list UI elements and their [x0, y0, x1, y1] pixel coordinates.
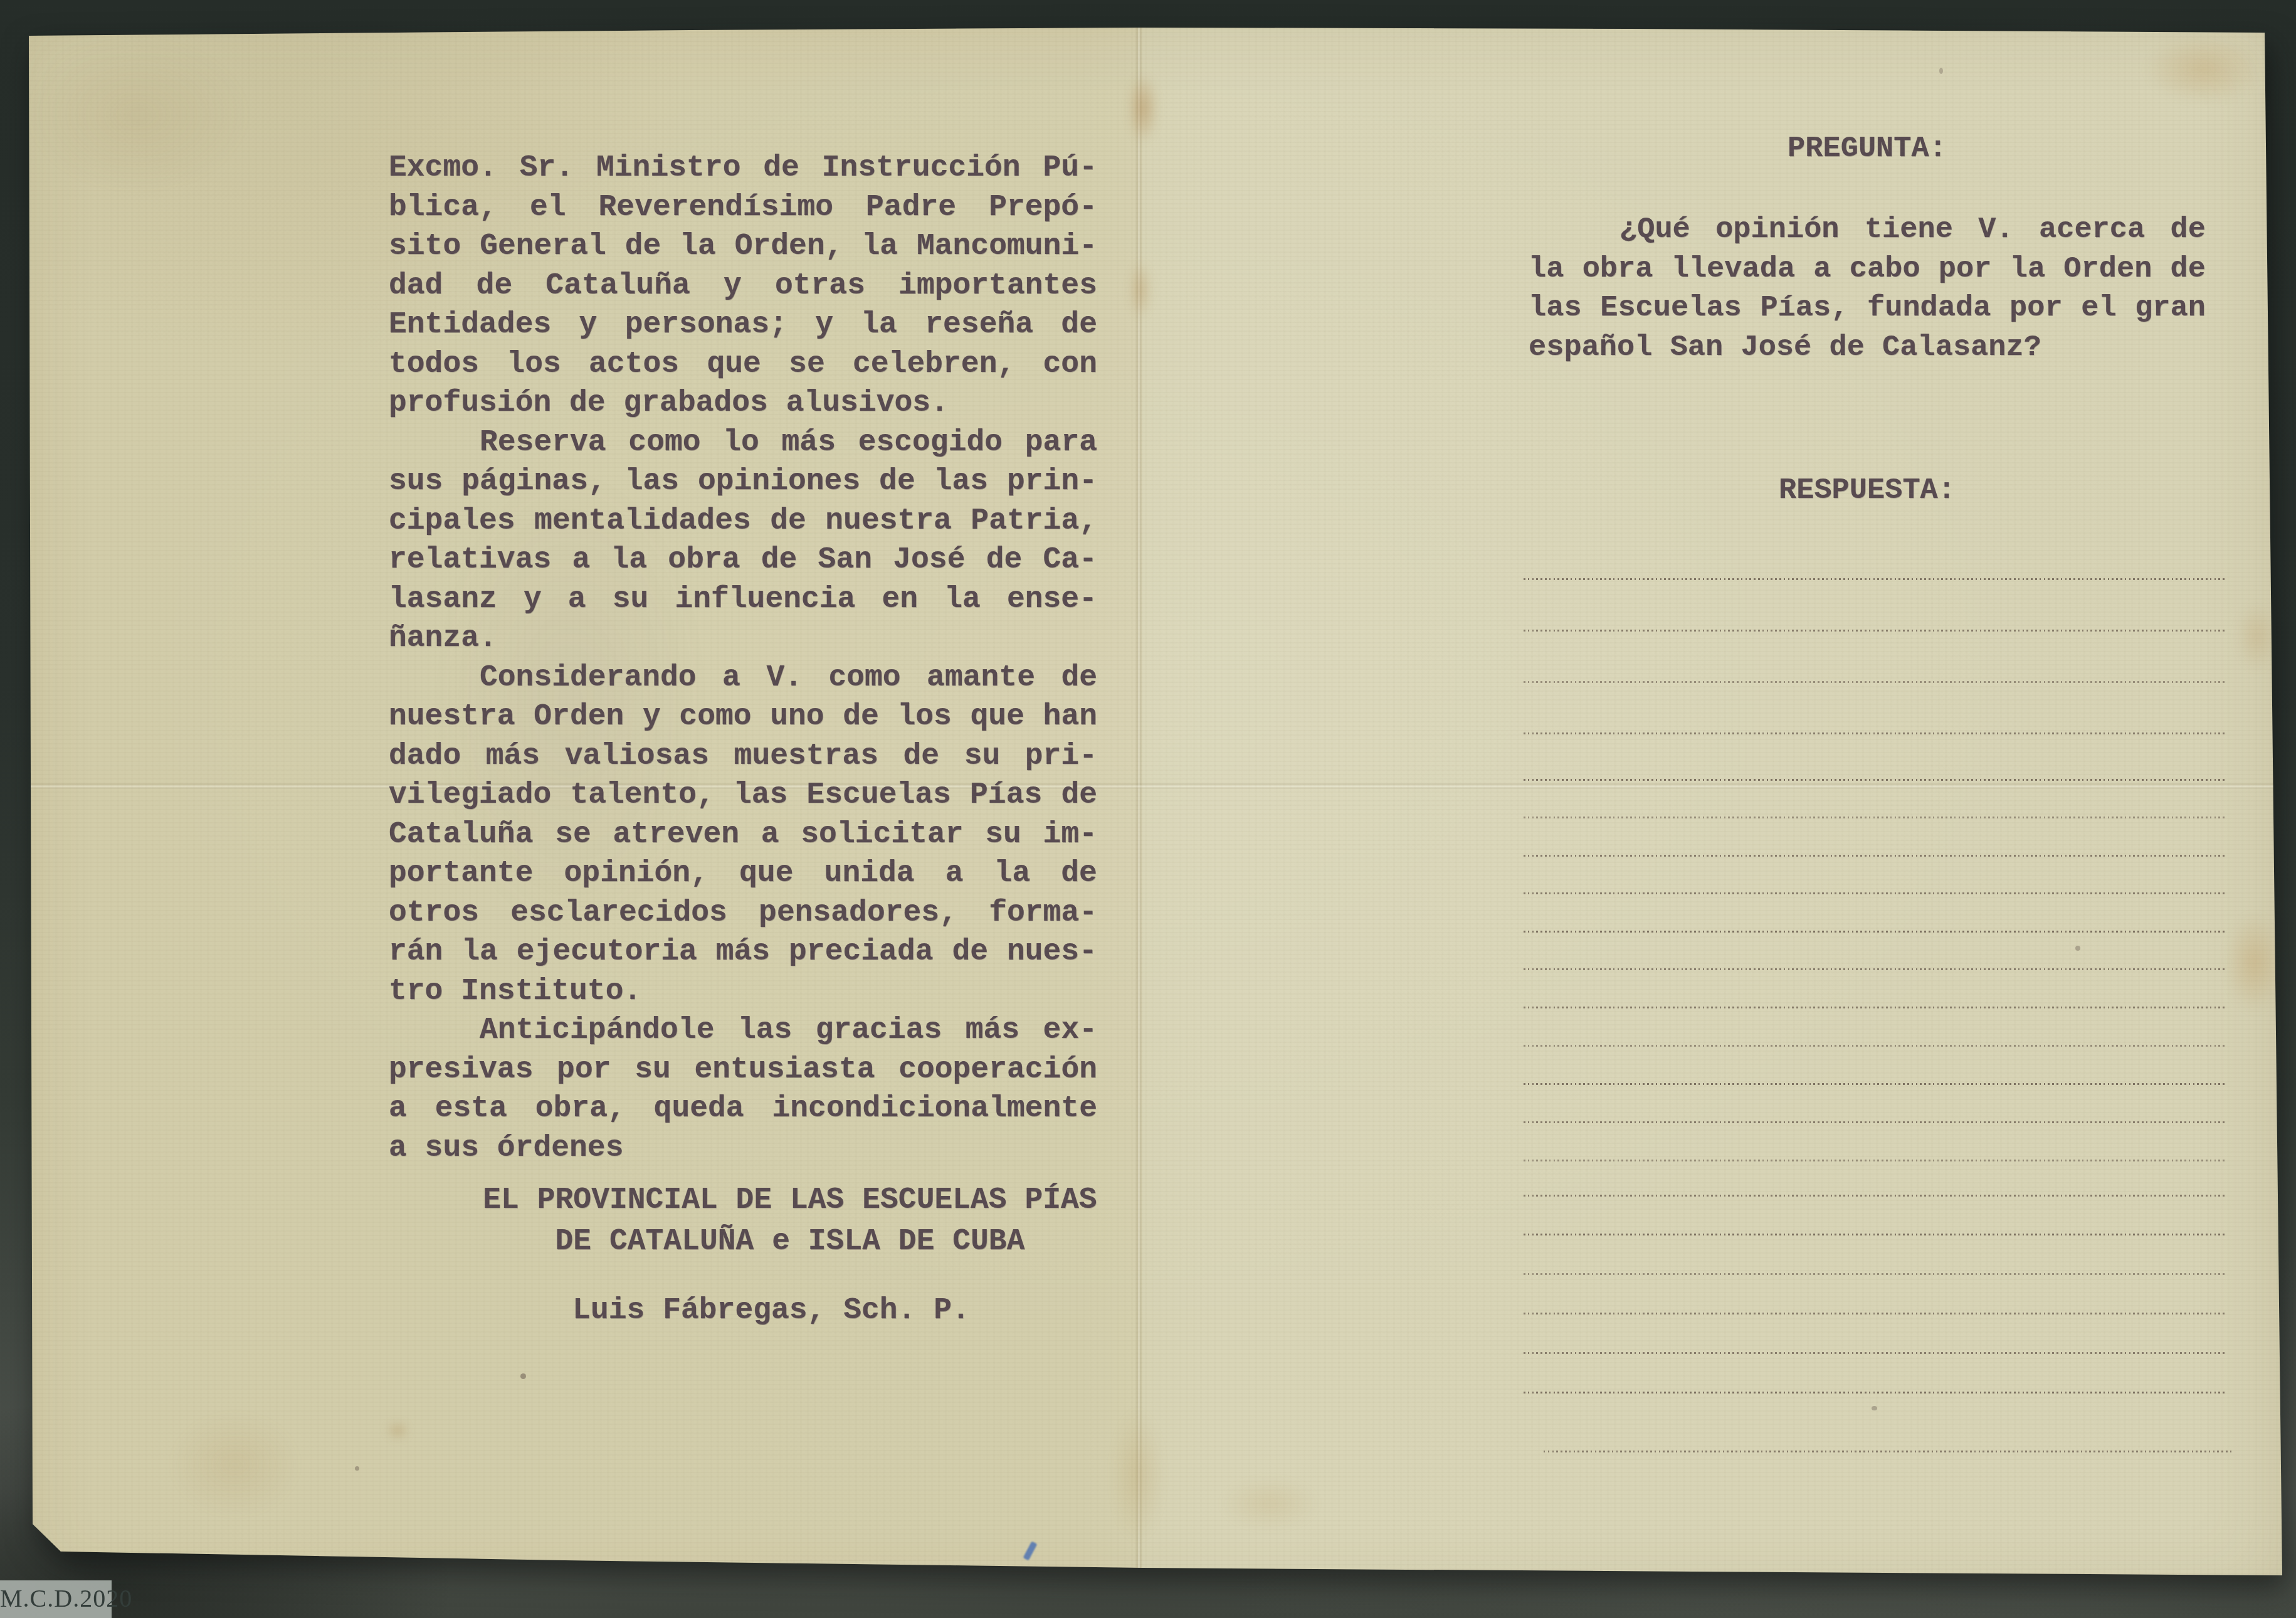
stain — [2225, 912, 2284, 1013]
signature-title-line2: DE CATALUÑA e ISLA DE CUBA — [433, 1222, 1147, 1261]
text-line: Reservacomolomásescogidopara — [389, 423, 1097, 463]
text-line: ránlaejecutoriamáspreciadadenues- — [389, 933, 1097, 972]
text-line: otrosesclarecidospensadores,forma- — [389, 894, 1097, 933]
text-line: ConsiderandoaV.comoamantede — [389, 658, 1097, 698]
answer-ruled-line — [1524, 779, 2225, 781]
answer-ruled-line — [1524, 1273, 2225, 1275]
answer-ruled-line — [1524, 578, 2225, 580]
horizontal-fold-crease — [29, 783, 2281, 789]
text-line: sitoGeneraldelaOrden,laMancomuni- — [389, 227, 1097, 267]
stain — [2144, 34, 2263, 103]
watermark-text: M.C.D.2020 — [0, 1584, 132, 1612]
text-line: Anticipándolelasgraciasmásex- — [389, 1011, 1097, 1050]
text-line: aestaobra,quedaincondicionalmente — [389, 1089, 1097, 1129]
speck — [1872, 1406, 1877, 1410]
stain — [2235, 602, 2279, 671]
text-line: laobrallevadaacaboporlaOrdende — [1529, 250, 2206, 290]
answer-ruled-line — [1524, 1007, 2225, 1008]
answer-ruled-line — [1524, 1392, 2225, 1393]
text-line: daddeCataluñayotrasimportantes — [389, 267, 1097, 306]
speck — [2075, 946, 2080, 951]
watermark-label: M.C.D.2020 — [0, 1580, 112, 1618]
text-line: Entidadesypersonas;ylareseñade — [389, 305, 1097, 345]
paper-shadow: Excmo.Sr.MinistrodeInstrucciónPú-blica,e… — [0, 0, 2296, 1618]
paper-sheet: Excmo.Sr.MinistrodeInstrucciónPú-blica,e… — [0, 0, 2296, 1618]
text-line: Cataluñaseatrevenasolicitarsuim- — [389, 815, 1097, 855]
text-line: tro Instituto. — [389, 972, 1097, 1012]
text-line: nuestraOrdenycomounodelosquehan — [389, 697, 1097, 737]
answer-ruled-line — [1524, 1234, 2225, 1235]
answer-ruled-line — [1524, 1121, 2225, 1123]
text-line: relativasalaobradeSanJosédeCa- — [389, 541, 1097, 580]
answer-ruled-line — [1524, 1160, 2225, 1161]
speck — [1939, 68, 1943, 74]
text-line: suspáginas,lasopinionesdelasprin- — [389, 462, 1097, 502]
answer-ruled-line — [1524, 1313, 2225, 1314]
text-line: lasEscuelasPías,fundadaporelgran — [1529, 289, 2206, 329]
text-line: dadomásvaliosasmuestrasdesupri- — [389, 737, 1097, 776]
text-line: portanteopinión,queunidaalade — [389, 854, 1097, 894]
answer-ruled-line — [1524, 1195, 2225, 1197]
text-line: blica,elReverendísimoPadrePrepó- — [389, 188, 1097, 228]
photographed-document-scan: Excmo.Sr.MinistrodeInstrucciónPú-blica,e… — [0, 0, 2296, 1618]
text-line: todoslosactosquesecelebren,con — [389, 345, 1097, 384]
text-line: ñanza. — [389, 619, 1097, 658]
question-text: ¿QuéopinióntieneV.acercadelaobrallevadaa… — [1529, 211, 2206, 367]
text-line: profusión de grabados alusivos. — [389, 384, 1097, 423]
answer-label: RESPUESTA: — [1529, 472, 2206, 510]
answer-ruled-line — [1524, 892, 2225, 894]
answer-ruled-line — [1524, 1352, 2225, 1354]
question-label: PREGUNTA: — [1529, 130, 2206, 169]
letter-body-text: Excmo.Sr.MinistrodeInstrucciónPú-blica,e… — [389, 149, 1097, 1168]
text-line: a sus órdenes — [389, 1129, 1097, 1168]
text-line: vilegiadotalento,lasEscuelasPíasde — [389, 776, 1097, 815]
text-line: lasanzyasuinfluenciaenlaense- — [389, 580, 1097, 620]
text-line: cipalesmentalidadesdenuestraPatria, — [389, 502, 1097, 541]
answer-ruled-line — [1524, 817, 2225, 818]
answer-ruled-line — [1524, 630, 2225, 632]
text-line: presivasporsuentusiastacooperación — [389, 1050, 1097, 1090]
center-fold-crease — [1135, 28, 1142, 1569]
text-line: ¿QuéopinióntieneV.acercade — [1529, 211, 2206, 250]
answer-ruled-line — [1524, 968, 2225, 970]
answer-ruled-line — [1524, 1045, 2225, 1047]
stain — [1219, 1477, 1320, 1530]
answer-ruled-line — [1524, 931, 2225, 933]
text-line: español San José de Calasanz? — [1529, 329, 2206, 368]
answer-ruled-line — [1544, 1451, 2233, 1452]
answer-ruled-line — [1524, 1083, 2225, 1085]
answer-ruled-line — [1524, 681, 2225, 683]
text-line: Excmo.Sr.MinistrodeInstrucciónPú- — [389, 149, 1097, 188]
signature-title-line1: EL PROVINCIAL DE LAS ESCUELAS PÍAS — [433, 1181, 1147, 1220]
signature-name: Luis Fábregas, Sch. P. — [414, 1291, 1129, 1330]
answer-ruled-line — [1524, 855, 2225, 857]
answer-ruled-line — [1524, 732, 2225, 734]
